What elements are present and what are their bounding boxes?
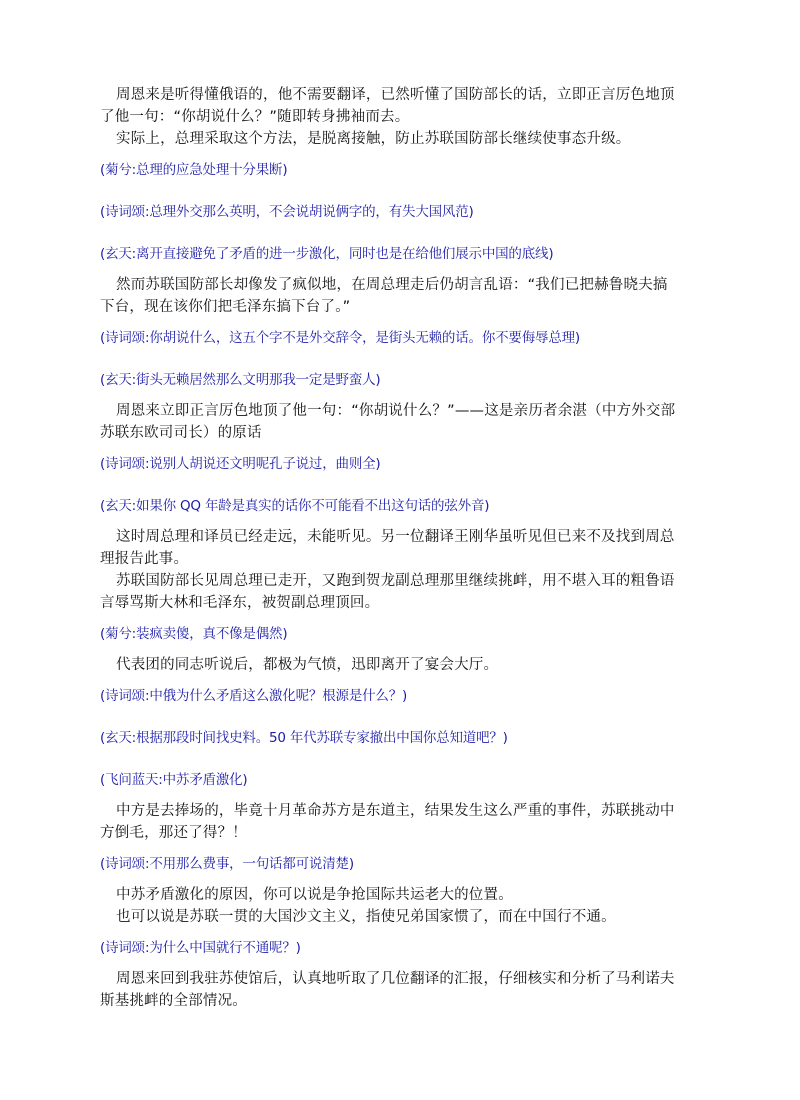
paragraph: 中苏矛盾激化的原因，你可以说是争抢国际共运老大的位置。 (100, 884, 680, 906)
reader-comment: (诗词颂:说别人胡说还文明呢孔子说过，曲则全) (100, 454, 680, 474)
document-page: 周恩来是听得懂俄语的，他不需要翻译，已然听懂了国防部长的话，立即正言厉色地顶了他… (100, 84, 680, 1012)
reader-comment: (诗词颂:中俄为什么矛盾这么激化呢？根源是什么？) (100, 686, 680, 706)
paragraph: 中方是去捧场的，毕竟十月革命苏方是东道主，结果发生这么严重的事件，苏联挑动中方倒… (100, 800, 680, 844)
reader-comment: (玄天:如果你 QQ 年龄是真实的话你不可能看不出这句话的弦外音) (100, 496, 680, 516)
paragraph: 周恩来立即正言厉色地顶了他一句：“你胡说什么？”——这是亲历者余湛（中方外交部苏… (100, 400, 680, 444)
paragraph: 也可以说是苏联一贯的大国沙文主义，指使兄弟国家惯了，而在中国行不通。 (100, 906, 680, 928)
reader-comment: (诗词颂:你胡说什么，这五个字不是外交辞令，是街头无赖的话。你不要侮辱总理) (100, 328, 680, 348)
reader-comment: (玄天:街头无赖居然那么文明那我一定是野蛮人) (100, 370, 680, 390)
reader-comment: (诗词颂:为什么中国就行不通呢？) (100, 938, 680, 958)
reader-comment: (诗词颂:总理外交那么英明，不会说胡说俩字的，有失大国风范) (100, 202, 680, 222)
paragraph: 苏联国防部长见周总理已走开，又跑到贺龙副总理那里继续挑衅，用不堪入耳的粗鲁语言辱… (100, 570, 680, 614)
paragraph: 这时周总理和译员已经走远，未能听见。另一位翻译王刚华虽听见但已来不及找到周总理报… (100, 526, 680, 570)
paragraph: 代表团的同志听说后，都极为气愤，迅即离开了宴会大厅。 (100, 654, 680, 676)
paragraph: 实际上，总理采取这个方法，是脱离接触，防止苏联国防部长继续使事态升级。 (100, 128, 680, 150)
reader-comment: (玄天:根据那段时间找史料。50 年代苏联专家撤出中国你总知道吧？) (100, 728, 680, 748)
paragraph: 周恩来是听得懂俄语的，他不需要翻译，已然听懂了国防部长的话，立即正言厉色地顶了他… (100, 84, 680, 128)
reader-comment: (玄天:离开直接避免了矛盾的进一步激化，同时也是在给他们展示中国的底线) (100, 244, 680, 264)
reader-comment: (菊兮:总理的应急处理十分果断) (100, 160, 680, 180)
reader-comment: (菊兮:装疯卖傻，真不像是偶然) (100, 624, 680, 644)
paragraph: 然而苏联国防部长却像发了疯似地，在周总理走后仍胡言乱语：“我们已把赫鲁晓夫搞下台… (100, 274, 680, 318)
paragraph: 周恩来回到我驻苏使馆后，认真地听取了几位翻译的汇报，仔细核实和分析了马利诺夫斯基… (100, 968, 680, 1012)
reader-comment: (诗词颂:不用那么费事，一句话都可说清楚) (100, 854, 680, 874)
reader-comment: (飞问蓝天:中苏矛盾激化) (100, 770, 680, 790)
